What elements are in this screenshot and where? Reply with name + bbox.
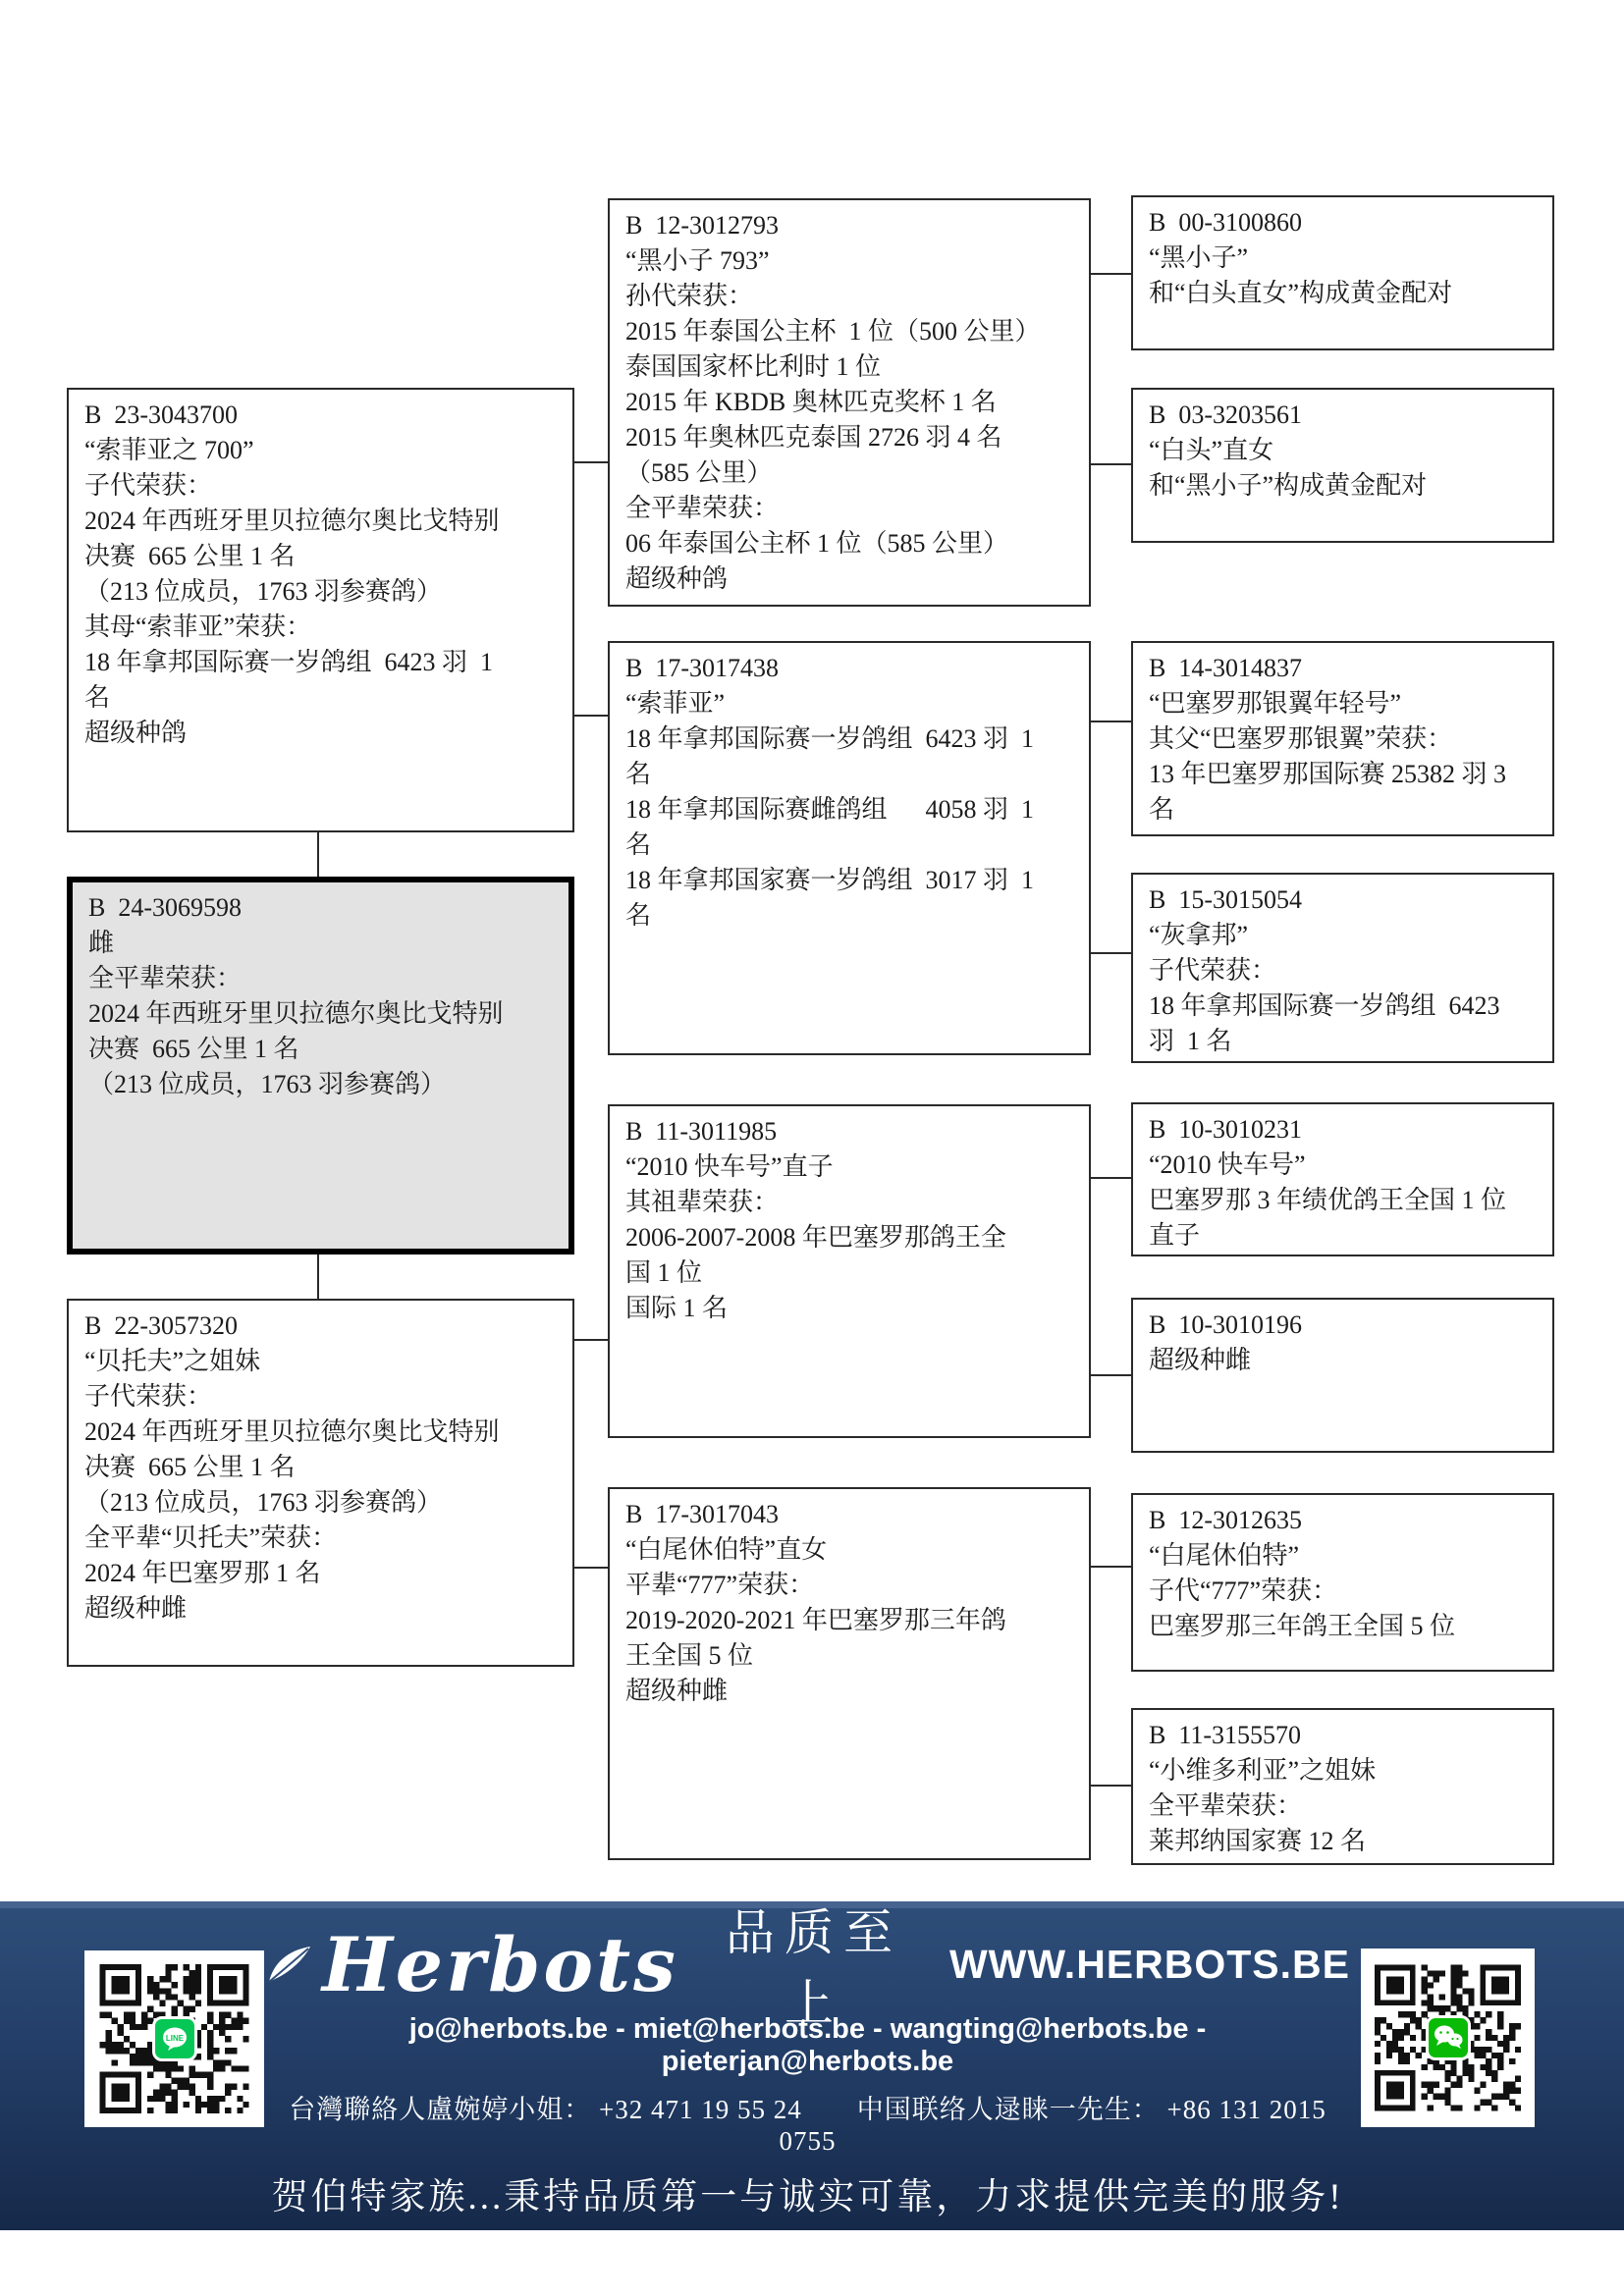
taiwan-contact: 台灣聯絡人盧婉婷小姐： +32 471 19 55 24 — [289, 2095, 801, 2124]
pedigree-page: B 23-3043700 “索菲亚之 700”子代荣获：2024 年西班牙里贝拉… — [0, 0, 1624, 2296]
wechat-icon — [1426, 2015, 1471, 2060]
pedigree-box-ggp-8: B 11-3155570 “小维多利亚”之姐妹全平辈荣获：莱邦纳国家赛 12 名 — [1131, 1708, 1554, 1865]
ring-number: B 03-3203561 — [1149, 398, 1537, 433]
contact-emails: jo@herbots.be - miet@herbots.be - wangti… — [265, 2013, 1350, 2078]
box-lines: “索菲亚之 700”子代荣获：2024 年西班牙里贝拉德尔奥比戈特别决赛 665… — [84, 433, 557, 751]
brand-row: Herbots 品质至上 WWW.HERBOTS.BE — [265, 1919, 1350, 2009]
box-lines: “2010 快车号”直子其祖辈荣获：2006-2007-2008 年巴塞罗那鸽王… — [625, 1149, 1073, 1326]
pedigree-box-granddam-1: B 17-3017438 “索菲亚”18 年拿邦国际赛一岁鸽组 6423 羽 1… — [608, 641, 1091, 1055]
pedigree-box-granddam-2: B 17-3017043 “白尾休伯特”直女平辈“777”荣获：2019-202… — [608, 1487, 1091, 1860]
connector-line — [574, 1339, 608, 1341]
pedigree-box-subject: B 24-3069598 雌全平辈荣获：2024 年西班牙里贝拉德尔奥比戈特别决… — [67, 877, 574, 1255]
connector-line — [574, 1567, 608, 1569]
brand-name: Herbots — [322, 1921, 678, 2008]
box-lines: 雌全平辈荣获：2024 年西班牙里贝拉德尔奥比戈特别决赛 665 公里 1 名（… — [88, 926, 553, 1102]
box-lines: “白头”直女和“黑小子”构成黄金配对 — [1149, 433, 1537, 504]
ring-number: B 15-3015054 — [1149, 882, 1537, 918]
china-contact: 中国联络人逯睐一先生： +86 131 2015 0755 — [780, 2095, 1326, 2156]
ring-number: B 12-3012793 — [625, 208, 1073, 243]
ring-number: B 17-3017043 — [625, 1497, 1073, 1532]
connector-line — [574, 461, 608, 463]
ring-number: B 11-3011985 — [625, 1114, 1073, 1149]
connector-line — [1091, 273, 1131, 275]
ring-number: B 14-3014837 — [1149, 651, 1537, 686]
ring-number: B 10-3010196 — [1149, 1308, 1537, 1343]
ring-number: B 24-3069598 — [88, 890, 553, 926]
pedigree-box-dam: B 22-3057320 “贝托夫”之姐妹子代荣获：2024 年西班牙里贝拉德尔… — [67, 1299, 574, 1667]
line-bubble-glyph: LINE — [160, 2024, 189, 2054]
connector-line — [1091, 1785, 1131, 1787]
ring-number: B 17-3017438 — [625, 651, 1073, 686]
box-lines: “小维多利亚”之姐妹全平辈荣获：莱邦纳国家赛 12 名 — [1149, 1753, 1537, 1859]
footer-content: Herbots 品质至上 WWW.HERBOTS.BE jo@herbots.b… — [265, 1919, 1350, 2219]
ring-number: B 22-3057320 — [84, 1308, 557, 1344]
pedigree-box-grandsire-1: B 12-3012793 “黑小子 793”孙代荣获：2015 年泰国公主杯 1… — [608, 198, 1091, 607]
connector-line — [1091, 952, 1131, 954]
feather-icon — [265, 1943, 316, 1986]
herbots-logo: Herbots — [265, 1921, 678, 2008]
pedigree-box-ggp-4: B 15-3015054 “灰拿邦”子代荣获：18 年拿邦国际赛一岁鸽组 642… — [1131, 873, 1554, 1063]
pedigree-box-ggp-1: B 00-3100860 “黑小子”和“白头直女”构成黄金配对 — [1131, 195, 1554, 350]
pedigree-box-grandsire-2: B 11-3011985 “2010 快车号”直子其祖辈荣获：2006-2007… — [608, 1104, 1091, 1438]
box-lines: “贝托夫”之姐妹子代荣获：2024 年西班牙里贝拉德尔奥比戈特别决赛 665 公… — [84, 1344, 557, 1627]
box-lines: “白尾休伯特”子代“777”荣获：巴塞罗那三年鸽王全国 5 位 — [1149, 1538, 1537, 1644]
pedigree-box-ggp-7: B 12-3012635 “白尾休伯特”子代“777”荣获：巴塞罗那三年鸽王全国… — [1131, 1493, 1554, 1672]
website-url: WWW.HERBOTS.BE — [949, 1942, 1350, 1988]
ring-number: B 23-3043700 — [84, 398, 557, 433]
connector-line — [1091, 1566, 1131, 1568]
connector-line — [574, 715, 608, 717]
family-slogan: 贺伯特家族...秉持品质第一与诚实可靠，力求提供完美的服务! — [265, 2166, 1350, 2219]
box-lines: “黑小子 793”孙代荣获：2015 年泰国公主杯 1 位（500 公里）泰国国… — [625, 243, 1073, 597]
svg-text:LINE: LINE — [166, 2034, 185, 2043]
pedigree-box-sire: B 23-3043700 “索菲亚之 700”子代荣获：2024 年西班牙里贝拉… — [67, 388, 574, 832]
pedigree-box-ggp-6: B 10-3010196 超级种雌 — [1131, 1298, 1554, 1453]
box-lines: “索菲亚”18 年拿邦国际赛一岁鸽组 6423 羽 1名18 年拿邦国际赛雌鸽组… — [625, 686, 1073, 934]
ring-number: B 11-3155570 — [1149, 1718, 1537, 1753]
connector-line — [1091, 463, 1131, 465]
connector-line — [317, 1255, 319, 1299]
contact-phones: 台灣聯絡人盧婉婷小姐： +32 471 19 55 24中国联络人逯睐一先生： … — [265, 2088, 1350, 2157]
footer-banner: LINE — [0, 1901, 1624, 2230]
pedigree-box-ggp-5: B 10-3010231 “2010 快车号”巴塞罗那 3 年绩优鸽王全国 1 … — [1131, 1102, 1554, 1256]
pedigree-box-ggp-2: B 03-3203561 “白头”直女和“黑小子”构成黄金配对 — [1131, 388, 1554, 543]
ring-number: B 00-3100860 — [1149, 205, 1537, 240]
wechat-bubbles-glyph — [1433, 2023, 1464, 2053]
connector-line — [1091, 721, 1131, 722]
ring-number: B 12-3012635 — [1149, 1503, 1537, 1538]
pedigree-box-ggp-3: B 14-3014837 “巴塞罗那银翼年轻号”其父“巴塞罗那银翼”荣获：13 … — [1131, 641, 1554, 836]
line-icon: LINE — [152, 2016, 197, 2061]
box-lines: “白尾休伯特”直女平辈“777”荣获：2019-2020-2021 年巴塞罗那三… — [625, 1532, 1073, 1709]
connector-line — [1091, 1374, 1131, 1376]
connector-line — [317, 832, 319, 877]
box-lines: “2010 快车号”巴塞罗那 3 年绩优鸽王全国 1 位直子 — [1149, 1148, 1537, 1254]
ring-number: B 10-3010231 — [1149, 1112, 1537, 1148]
box-lines: 超级种雌 — [1149, 1343, 1537, 1378]
box-lines: “灰拿邦”子代荣获：18 年拿邦国际赛一岁鸽组 6423羽 1 名 — [1149, 918, 1537, 1059]
connector-line — [1091, 1177, 1131, 1179]
box-lines: “巴塞罗那银翼年轻号”其父“巴塞罗那银翼”荣获：13 年巴塞罗那国际赛 2538… — [1149, 686, 1537, 828]
box-lines: “黑小子”和“白头直女”构成黄金配对 — [1149, 240, 1537, 311]
